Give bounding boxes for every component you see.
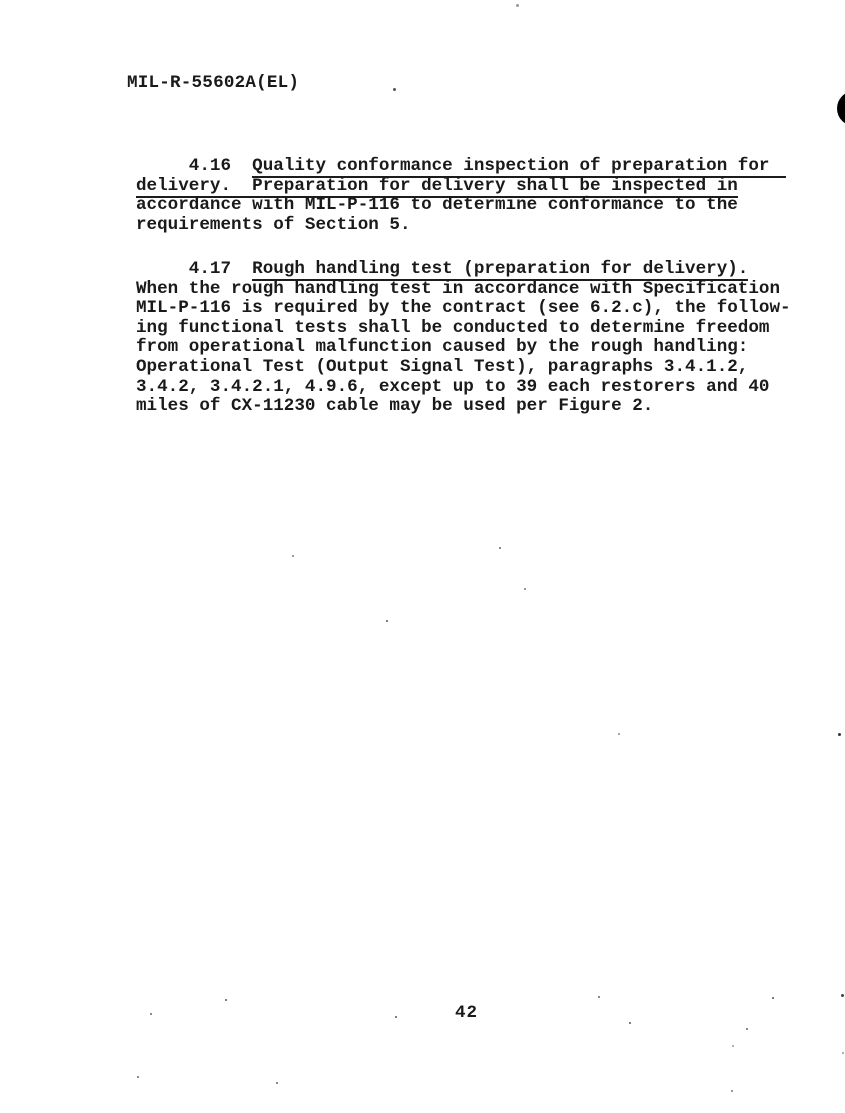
text-line: Operational Test (Output Signal Test), p… <box>136 358 791 378</box>
scan-speck <box>629 1022 631 1024</box>
text-line: from operational malfunction caused by t… <box>136 338 791 358</box>
text-line: delivery. Preparation for delivery shall… <box>136 177 786 197</box>
page-number: 42 <box>455 1004 478 1024</box>
scan-speck <box>499 547 501 549</box>
scan-speck <box>395 1016 397 1018</box>
scan-speck <box>731 1090 733 1092</box>
text-segment: When the rough handling test in accordan… <box>136 279 780 299</box>
scan-speck <box>292 555 294 557</box>
text-line: requirements of Section 5. <box>136 216 786 236</box>
text-segment: 4.17 <box>136 259 252 279</box>
text-line: miles of CX-11230 cable may be used per … <box>136 397 791 417</box>
scan-speck <box>618 733 620 735</box>
text-line: When the rough handling test in accordan… <box>136 280 791 300</box>
scan-speck <box>276 1082 278 1084</box>
text-segment: Operational Test (Output Signal Test), p… <box>136 357 748 377</box>
scan-speck <box>732 1045 734 1047</box>
scan-speck <box>225 999 227 1001</box>
scan-speck <box>746 1028 748 1030</box>
text-line: ing functional tests shall be conducted … <box>136 319 791 339</box>
scan-speck <box>842 1052 844 1054</box>
scan-speck <box>386 620 388 622</box>
text-segment: from operational malfunction caused by t… <box>136 337 748 357</box>
text-segment: ing functional tests shall be conducted … <box>136 318 769 338</box>
paragraph-4-16: 4.16 Quality conformance inspection of p… <box>136 157 786 235</box>
scan-speck <box>516 4 519 7</box>
text-line: accordance with MIL-P-116 to determine c… <box>136 196 786 216</box>
scan-speck <box>772 997 774 999</box>
text-segment: 4.16 <box>136 156 252 176</box>
scan-speck <box>393 88 396 91</box>
text-line: 4.16 Quality conformance inspection of p… <box>136 157 786 177</box>
text-line: MIL-P-116 is required by the contract (s… <box>136 299 791 319</box>
text-line: 4.17 Rough handling test (preparation fo… <box>136 260 791 280</box>
text-segment: requirements of Section 5. <box>136 215 411 235</box>
scan-speck <box>137 1076 139 1078</box>
scan-speck <box>838 733 841 736</box>
text-line: 3.4.2, 3.4.2.1, 4.9.6, except up to 39 e… <box>136 378 791 398</box>
scan-speck <box>150 1013 152 1015</box>
scan-speck <box>841 994 844 997</box>
text-segment: MIL-P-116 is required by the contract (s… <box>136 298 791 318</box>
text-segment: miles of CX-11230 cable may be used per … <box>136 396 653 416</box>
document-id-header: MIL-R-55602A(EL) <box>127 74 299 94</box>
paragraph-4-17: 4.17 Rough handling test (preparation fo… <box>136 260 791 417</box>
text-segment: accordance with MIL-P-116 to determine c… <box>136 195 738 215</box>
underlined-text-segment: Quality conformance inspection of prepar… <box>252 156 786 178</box>
document-page: MIL-R-55602A(EL) 4.16 Quality conformanc… <box>0 0 845 1113</box>
text-segment: 3.4.2, 3.4.2.1, 4.9.6, except up to 39 e… <box>136 377 769 397</box>
binding-hole-mark <box>837 91 845 126</box>
scan-speck <box>524 588 526 590</box>
scan-speck <box>598 996 600 998</box>
